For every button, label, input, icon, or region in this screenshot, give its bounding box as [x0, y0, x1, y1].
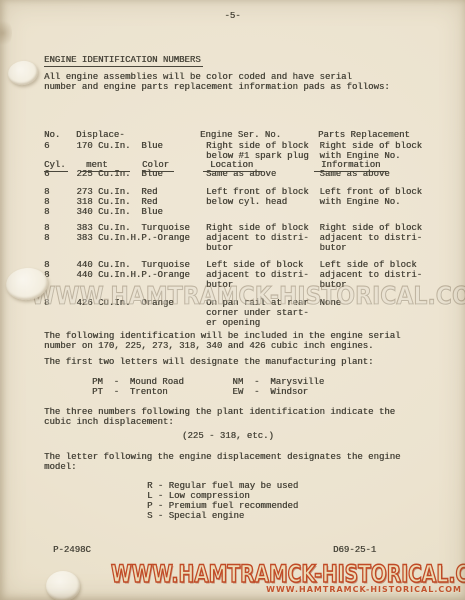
hole-punch: [46, 571, 80, 600]
header-col-displacement: Displace- ment: [76, 110, 130, 190]
intro-paragraph: All engine assemblies will be color code…: [44, 72, 390, 92]
form-number: P-2498C: [53, 545, 91, 555]
header-cyl: Cyl.: [44, 160, 68, 172]
watermark-bottom: WWW.HAMTRAMCK-HISTORICAL.COM: [111, 561, 465, 587]
paper-stain: [0, 18, 12, 48]
header-information: Information: [314, 160, 388, 172]
table-group-5: 8 440 Cu.In. Turquoise Left side of bloc…: [44, 260, 457, 290]
engine-id-table: No. Cyl. Displace- ment Color Engine Ser…: [44, 110, 457, 328]
page-number: -5-: [0, 11, 465, 21]
scanned-document-page: -5- ENGINE IDENTIFICATION NUMBERS All en…: [0, 0, 465, 600]
model-codes-list: R - Regular fuel may be used L - Low com…: [147, 481, 298, 521]
page-title: ENGINE IDENTIFICATION NUMBERS: [44, 55, 203, 65]
hole-punch: [4, 266, 49, 302]
hole-punch: [6, 59, 39, 87]
header-engine-ser-no: Engine Ser. No.: [200, 130, 281, 140]
serial-note-paragraph: The following identification will be inc…: [44, 331, 400, 351]
bulletin-number: D69-25-1: [333, 545, 376, 555]
table-header: No. Cyl. Displace- ment Color Engine Ser…: [44, 110, 457, 131]
plant-intro-paragraph: The first two letters will designate the…: [44, 357, 373, 367]
watermark-bottom-small: www.hamtramck-historical.com: [266, 585, 462, 595]
header-color: Color: [142, 160, 174, 172]
page-title-text: ENGINE IDENTIFICATION NUMBERS: [44, 55, 203, 67]
header-col-location: Engine Ser. No. Location: [208, 110, 281, 190]
header-col-color: Color: [142, 110, 185, 190]
model-intro-paragraph: The letter following the engine displace…: [44, 452, 400, 472]
displacement-example: (225 - 318, etc.): [182, 431, 274, 441]
table-group-4: 8 383 Cu.In. Turquoise Right side of blo…: [44, 223, 457, 253]
header-location: Location: [203, 160, 262, 172]
plant-codes-list: PM - Mound Road NM - Marysville PT - Tre…: [92, 377, 324, 397]
header-displace: Displace-: [76, 130, 130, 140]
header-ment: ment: [80, 160, 130, 172]
header-parts-replacement: Parts Replacement: [318, 130, 410, 140]
header-col-parts: Parts Replacement Information: [318, 110, 410, 190]
displacement-intro-paragraph: The three numbers following the plant id…: [44, 407, 395, 427]
table-group-3: 8 273 Cu.In. Red Left front of block Lef…: [44, 187, 457, 217]
table-group-6: 8 426 Cu.In. Orange On pan rail at rear …: [44, 298, 457, 328]
